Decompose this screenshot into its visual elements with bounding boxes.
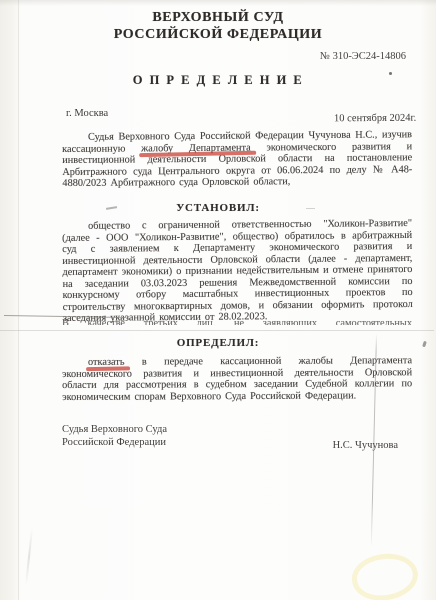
ustanovil-heading: УСТАНОВИЛ:: [0, 202, 436, 214]
overlay-edge-line: [0, 330, 434, 331]
clipped-text-line: В качестве третьих лиц, не заявляющих са…: [62, 318, 412, 325]
ustanovil-paragraph: общество с ограниченной ответственностью…: [62, 218, 413, 325]
red-underline-mark-2: отказать: [88, 357, 125, 368]
court-name-line1: ВЕРХОВНЫЙ СУД: [0, 10, 436, 27]
intro-paragraph: Судья Верховного Суда Российской Федерац…: [62, 129, 412, 189]
signature-role-line2: Российской Федерации: [62, 436, 167, 449]
opredelil-heading: ОПРЕДЕЛИЛ:: [0, 337, 436, 349]
court-name-line2: РОССИЙСКОЙ ФЕДЕРАЦИИ: [0, 27, 436, 44]
scanned-document-page: ВЕРХОВНЫЙ СУД РОССИЙСКОЙ ФЕДЕРАЦИИ № 310…: [0, 0, 436, 600]
signature-role-line1: Судья Верховного Суда: [62, 423, 167, 436]
case-number: № 310-ЭС24-14806: [320, 51, 406, 62]
court-name: ВЕРХОВНЫЙ СУД РОССИЙСКОЙ ФЕДЕРАЦИИ: [0, 10, 436, 43]
intro-text-highlighted: жалобу Департамента: [141, 142, 251, 154]
place-label: г. Москва: [66, 108, 108, 119]
pencil-dash-right: [306, 208, 315, 209]
page-left-edge-seam: [18, 0, 19, 600]
document-type-title: О П Р Е Д Е Л Е Н И Е: [0, 73, 436, 88]
signature-name: Н.С. Чучунова: [333, 440, 398, 451]
clipped-text: В качестве третьих лиц, не заявляющих са…: [62, 318, 412, 325]
signature-role: Судья Верховного Суда Российской Федерац…: [62, 423, 167, 449]
opredelil-text-highlighted: отказать: [88, 357, 125, 368]
yellow-highlighter-ring: [349, 549, 421, 600]
opredelil-paragraph: отказать в передаче кассационной жалобы …: [62, 355, 412, 403]
red-underline-mark-1: жалобу Департамента: [141, 142, 251, 154]
scan-smudge: [25, 528, 33, 586]
date-label: 10 сентября 2024г.: [334, 113, 416, 125]
